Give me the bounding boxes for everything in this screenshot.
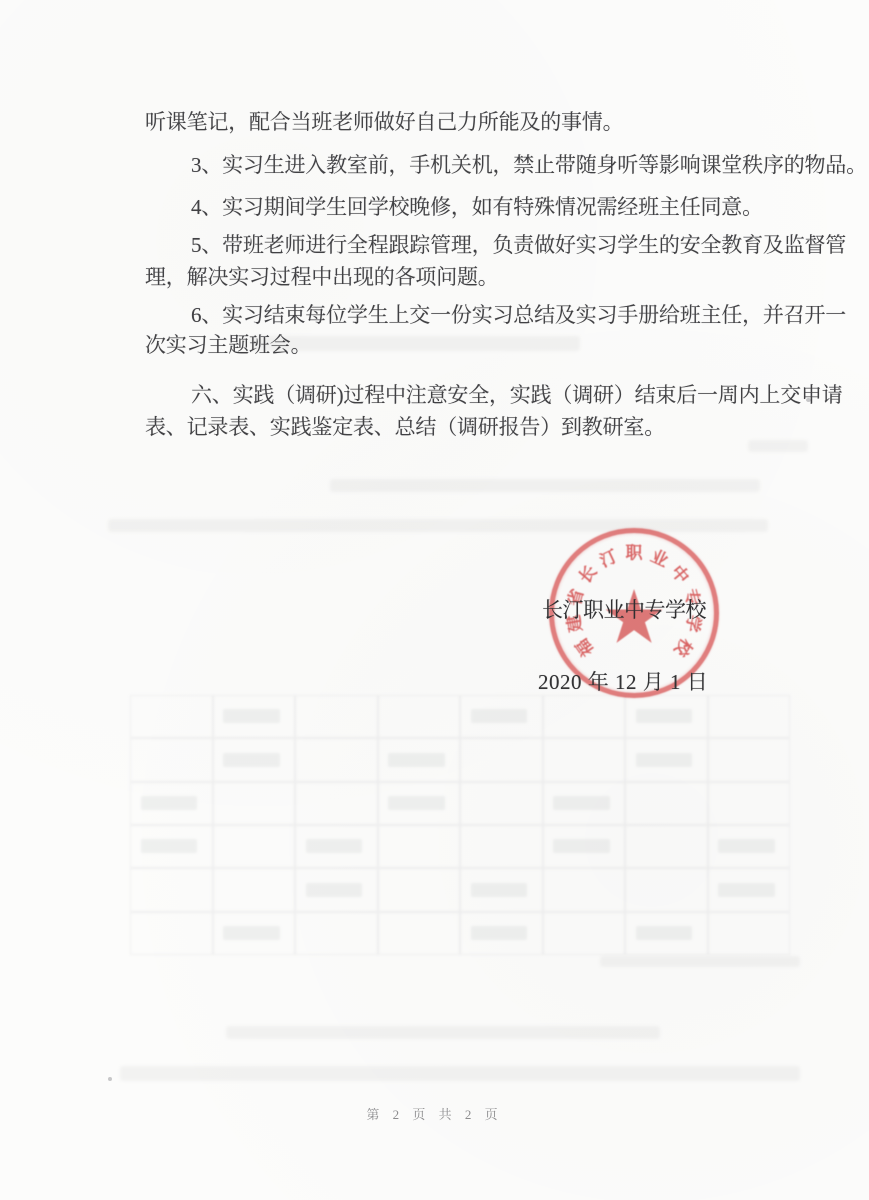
bleedthrough-cell bbox=[295, 782, 378, 825]
bleedthrough-cell bbox=[543, 738, 626, 781]
page-footer: 第 2 页 共 2 页 bbox=[0, 1104, 869, 1123]
bleedthrough-cell bbox=[460, 868, 543, 911]
body-line-item-5: 5、带班老师进行全程跟踪管理，负责做好实习学生的安全教育及监督管 bbox=[191, 229, 846, 259]
bleedthrough-cell bbox=[460, 738, 543, 781]
bleedthrough-table-artifact bbox=[130, 695, 790, 955]
body-line: 表、记录表、实践鉴定表、总结（调研报告）到教研室。 bbox=[145, 411, 665, 441]
bleedthrough-cell bbox=[460, 695, 543, 738]
bleedthrough-cell bbox=[625, 825, 708, 868]
bleedthrough-cell bbox=[378, 738, 461, 781]
bleedthrough-cell bbox=[378, 868, 461, 911]
bleedthrough-cell bbox=[625, 868, 708, 911]
body-line-item-6: 6、实习结束每位学生上交一份实习总结及实习手册给班主任，并召开一 bbox=[191, 299, 846, 329]
bleedthrough-cell bbox=[295, 738, 378, 781]
bleedthrough-artifact bbox=[226, 1026, 660, 1039]
body-line: 听课笔记，配合当班老师做好自己力所能及的事情。 bbox=[145, 106, 623, 136]
bleedthrough-cell bbox=[543, 782, 626, 825]
bleedthrough-cell bbox=[543, 825, 626, 868]
bleedthrough-cell bbox=[213, 912, 296, 955]
bleedthrough-cell bbox=[708, 738, 791, 781]
bleedthrough-cell bbox=[130, 695, 213, 738]
bleedthrough-cell bbox=[625, 695, 708, 738]
bleedthrough-cell bbox=[460, 825, 543, 868]
signature-date: 2020 年 12 月 1 日 bbox=[538, 666, 708, 696]
bleedthrough-artifact bbox=[600, 956, 800, 967]
bleedthrough-cell bbox=[130, 912, 213, 955]
bleedthrough-artifact bbox=[330, 479, 760, 492]
bleedthrough-cell bbox=[460, 782, 543, 825]
bleedthrough-cell bbox=[625, 738, 708, 781]
body-line: 次实习主题班会。 bbox=[145, 329, 311, 359]
bleedthrough-cell bbox=[213, 825, 296, 868]
bleedthrough-cell bbox=[130, 782, 213, 825]
bleedthrough-cell bbox=[130, 868, 213, 911]
bleedthrough-cell bbox=[708, 825, 791, 868]
bleedthrough-cell bbox=[378, 695, 461, 738]
bleedthrough-cell bbox=[295, 912, 378, 955]
scanned-document-page: 听课笔记，配合当班老师做好自己力所能及的事情。 3、实习生进入教室前，手机关机，… bbox=[0, 0, 869, 1200]
body-line-item-six: 六、实践（调研)过程中注意安全，实践（调研）结束后一周内上交申请 bbox=[191, 379, 843, 409]
bleedthrough-cell bbox=[625, 912, 708, 955]
signature-school-name: 长汀职业中专学校 bbox=[542, 594, 706, 624]
bleedthrough-cell bbox=[213, 738, 296, 781]
bleedthrough-cell bbox=[213, 868, 296, 911]
bleedthrough-cell bbox=[295, 695, 378, 738]
bleedthrough-cell bbox=[708, 782, 791, 825]
bleedthrough-cell bbox=[295, 825, 378, 868]
bleedthrough-cell bbox=[130, 738, 213, 781]
bleedthrough-cell bbox=[708, 695, 791, 738]
bleedthrough-cell bbox=[378, 825, 461, 868]
body-line-item-4: 4、实习期间学生回学校晚修，如有特殊情况需经班主任同意。 bbox=[191, 191, 763, 221]
bleedthrough-cell bbox=[295, 868, 378, 911]
bleedthrough-cell bbox=[378, 912, 461, 955]
bleedthrough-cell bbox=[543, 912, 626, 955]
body-line: 理，解决实习过程中出现的各项问题。 bbox=[145, 261, 499, 291]
bleedthrough-cell bbox=[543, 695, 626, 738]
body-line-item-3: 3、实习生进入教室前，手机关机，禁止带随身听等影响课堂秩序的物品。 bbox=[191, 149, 867, 179]
bleedthrough-artifact bbox=[120, 1066, 800, 1081]
bleedthrough-cell bbox=[708, 868, 791, 911]
bleedthrough-cell bbox=[213, 695, 296, 738]
scan-speck bbox=[108, 1077, 112, 1081]
bleedthrough-cell bbox=[378, 782, 461, 825]
bleedthrough-cell bbox=[130, 825, 213, 868]
bleedthrough-cell bbox=[460, 912, 543, 955]
bleedthrough-cell bbox=[213, 782, 296, 825]
bleedthrough-artifact bbox=[748, 440, 808, 452]
bleedthrough-cell bbox=[543, 868, 626, 911]
bleedthrough-cell bbox=[708, 912, 791, 955]
bleedthrough-cell bbox=[625, 782, 708, 825]
seal-arc-character: 职 bbox=[626, 539, 643, 564]
